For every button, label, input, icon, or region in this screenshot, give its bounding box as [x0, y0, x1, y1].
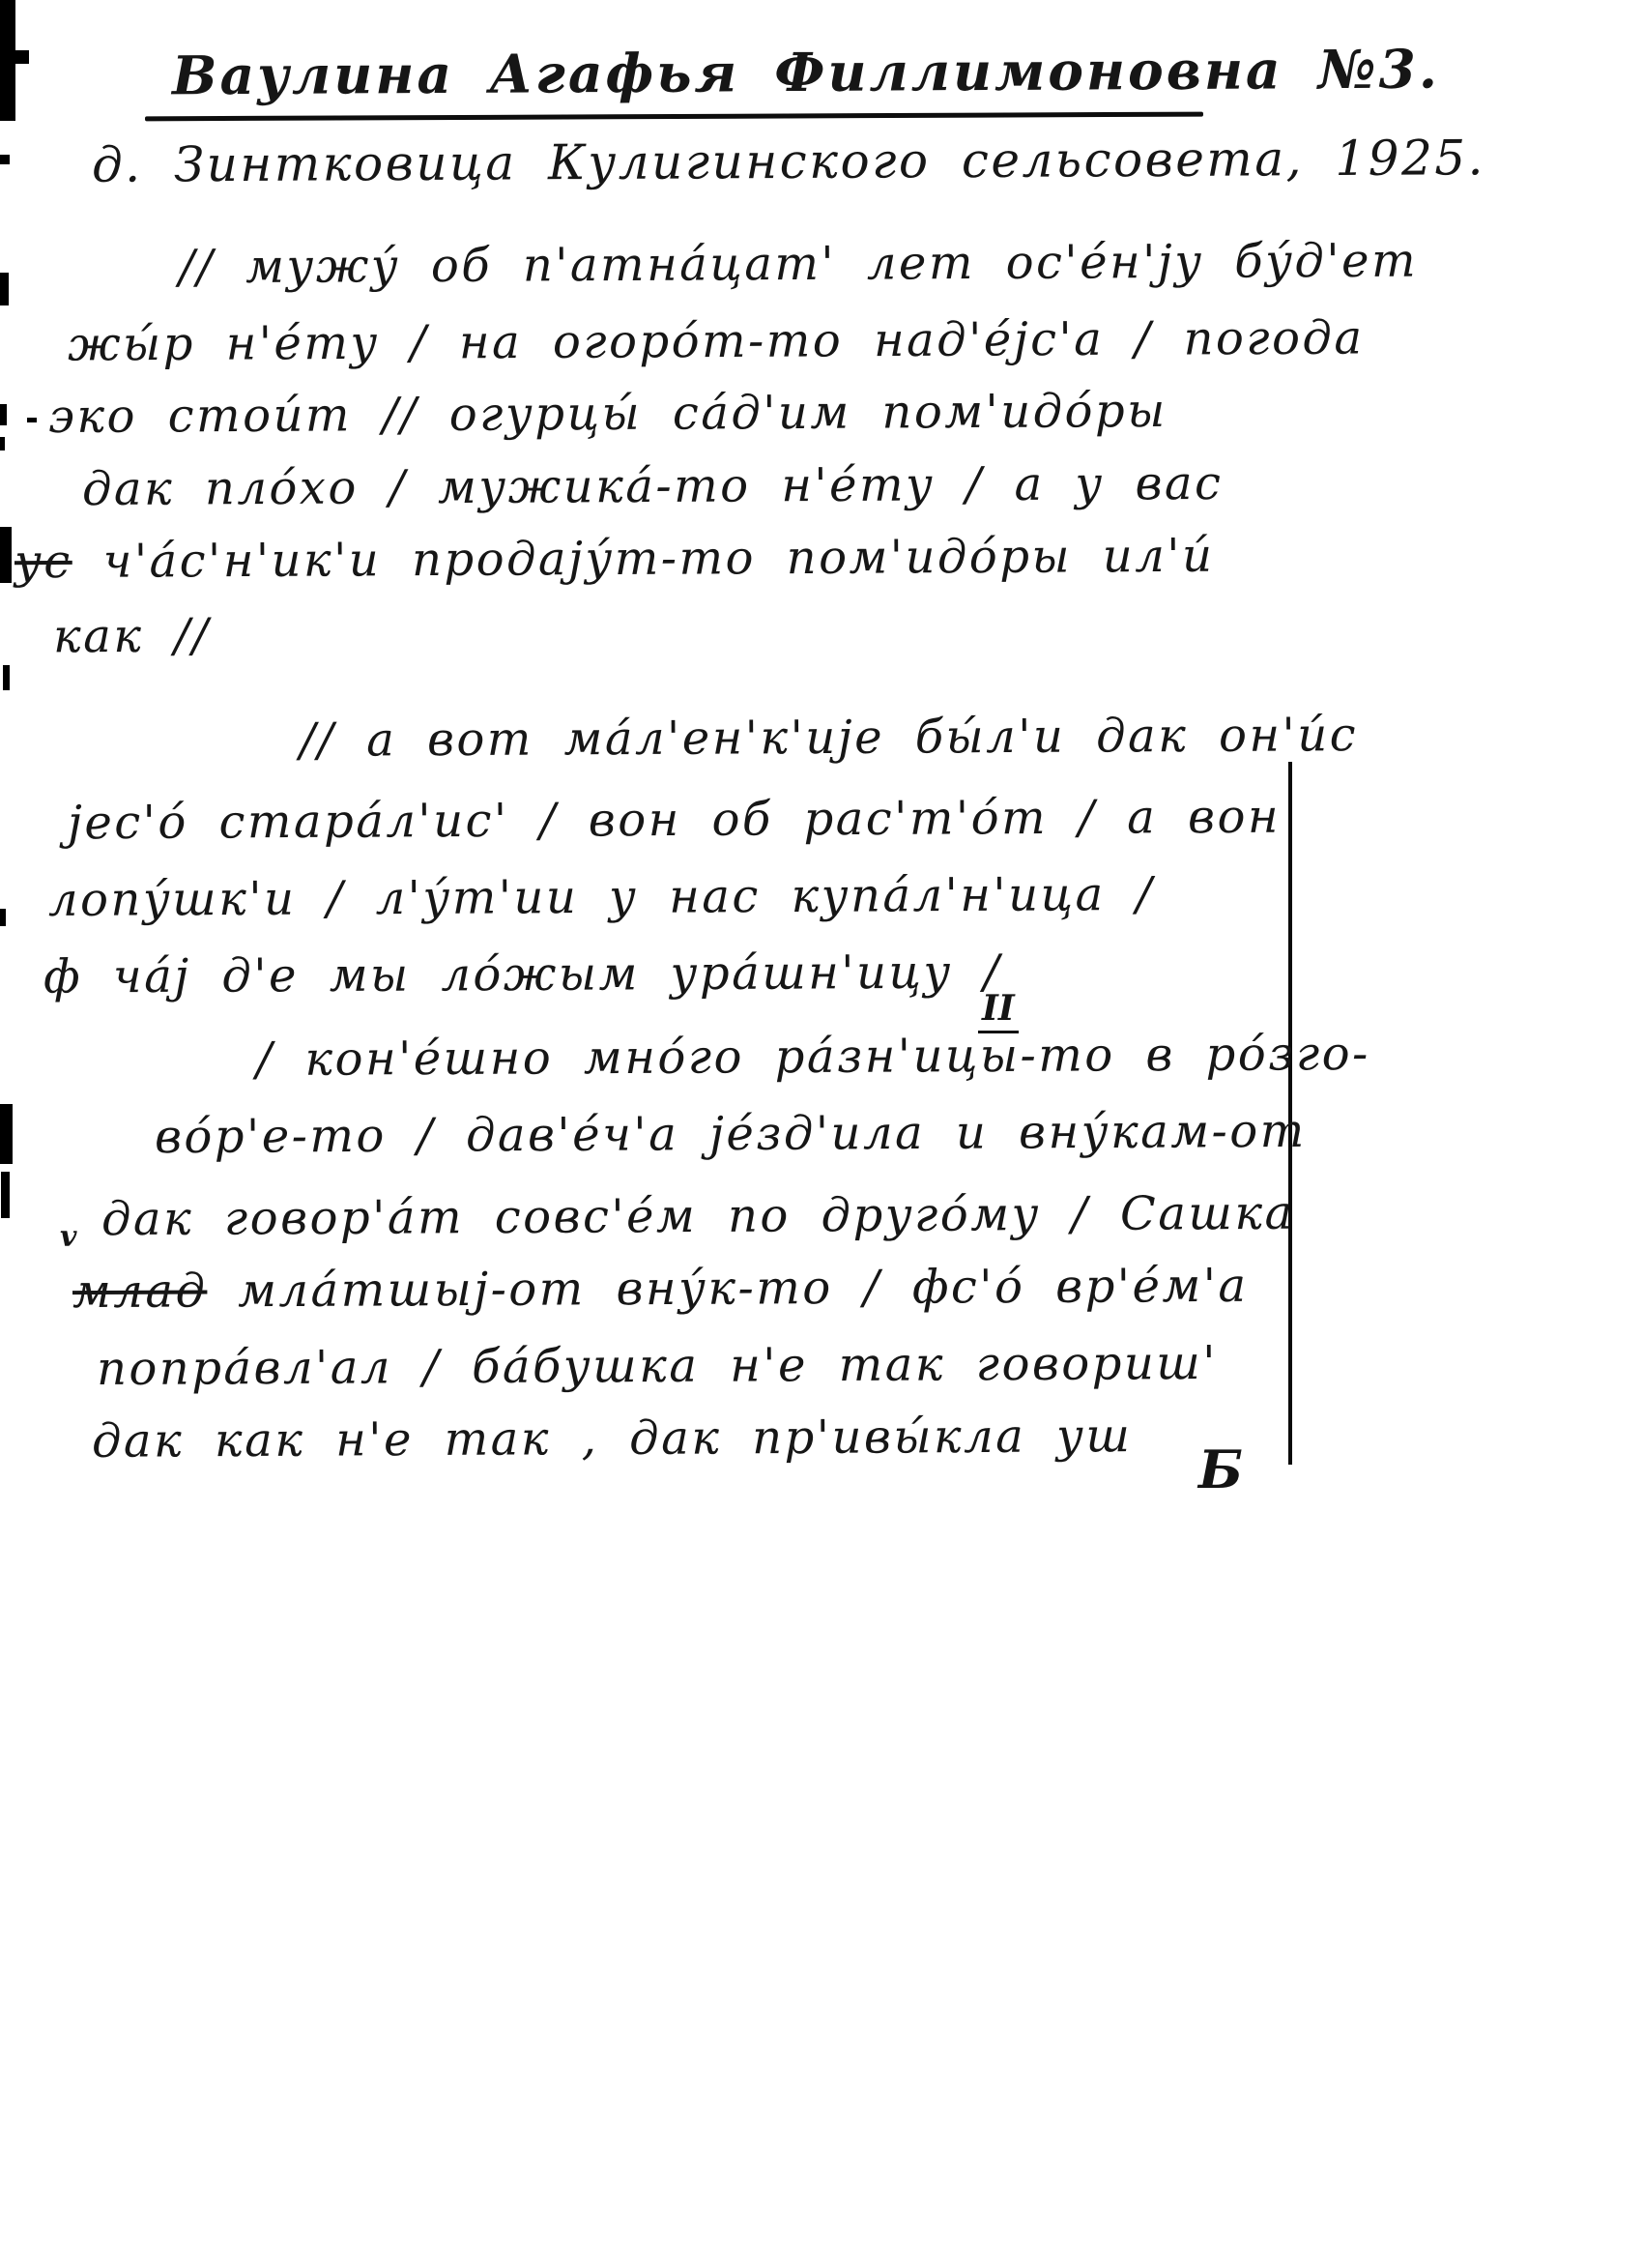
manuscript-line: // мужу́ об п'атна́цат' лет ос'е́н'jу бу…: [179, 234, 1418, 295]
manuscript-line: дак как н'е так , дак пр'ивы́кла уш: [92, 1409, 1133, 1468]
manuscript-line: ф ча́j д'е мы ло́жым ура́шн'ицу /: [43, 945, 1001, 1003]
line-text: попра́вл'ал / ба́бушка н'е так говориш': [97, 1336, 1218, 1396]
line-text: дак говор'а́т совс'е́м по друго́му / Саш…: [101, 1186, 1295, 1246]
manuscript-line: дак говор'а́т совс'е́м по друго́му / Саш…: [101, 1186, 1295, 1246]
manuscript-title: Ваулина Агафья Филлимоновна №3.: [172, 38, 1440, 107]
scan-artifact: [0, 909, 6, 926]
scanned-manuscript-page: Ваулина Агафья Филлимоновна №3. д. Зинтк…: [0, 0, 1643, 2268]
scan-artifact: [0, 1104, 13, 1164]
roman-numeral-note: II: [978, 988, 1019, 1033]
scan-artifact: [1, 1172, 10, 1218]
line-text: мла́тшыj-от вну́к-то / фс'о́ вр'е́м'а: [207, 1259, 1248, 1319]
struck-word: млад: [72, 1264, 208, 1319]
line-text: эко стои́т // огурцы́ са́д'им пом'идо́ры: [48, 384, 1167, 444]
line-text: лопу́шк'и / л'у́т'ии у нас купа́л'н'ица …: [48, 867, 1154, 927]
line-text: // мужу́ об п'атна́цат' лет ос'е́н'jу бу…: [179, 234, 1418, 295]
line-text: дак пло́хо / мужика́-то н'е́ту / а у вас: [82, 456, 1224, 516]
line-text: во́р'е-то / дав'е́ч'а jе́зд'ила и вну́ка…: [155, 1104, 1307, 1164]
scan-artifact: [0, 155, 10, 164]
line-text: дак как н'е так , дак пр'ивы́кла уш: [92, 1409, 1133, 1468]
line-text: / кон'е́шно мно́го ра́зн'ицы-то в ро́зго…: [256, 1027, 1370, 1087]
line-text: jес'о́ стара́л'ис' / вон об рас'т'о́т / …: [68, 790, 1281, 851]
manuscript-line: / кон'е́шно мно́го ра́зн'ицы-то в ро́зго…: [256, 1027, 1370, 1087]
manuscript-line: жы́р н'е́ту / на огоро́т-то над'е́jс'а /…: [68, 310, 1365, 371]
title-underline: [145, 112, 1203, 122]
scan-artifact: [27, 418, 37, 422]
scan-artifact: [0, 404, 7, 425]
insertion-caret-mark: v: [60, 1220, 76, 1254]
manuscript-line: во́р'е-то / дав'е́ч'а jе́зд'ила и вну́ка…: [155, 1104, 1307, 1164]
manuscript-line: лопу́шк'и / л'у́т'ии у нас купа́л'н'ица …: [48, 867, 1154, 927]
manuscript-line: попра́вл'ал / ба́бушка н'е так говориш': [97, 1336, 1218, 1396]
manuscript-subtitle: д. Зинтковица Кулигинского сельсовета, 1…: [92, 130, 1485, 193]
manuscript-line: как //: [53, 609, 211, 664]
scan-artifact: [0, 527, 12, 583]
line-text: ф ча́j д'е мы ло́жым ура́шн'ицу /: [43, 945, 1001, 1003]
manuscript-line: // а вот ма́л'ен'к'иjе бы́л'и дак он'и́с: [300, 708, 1358, 768]
line-text: жы́р н'е́ту / на огоро́т-то над'е́jс'а /…: [68, 310, 1365, 371]
page-letter-mark: Б: [1198, 1439, 1243, 1500]
line-text: // а вот ма́л'ен'к'иjе бы́л'и дак он'и́с: [300, 708, 1358, 768]
manuscript-line: эко стои́т // огурцы́ са́д'им пом'идо́ры: [48, 384, 1167, 444]
manuscript-line: jес'о́ стара́л'ис' / вон об рас'т'о́т / …: [68, 790, 1281, 851]
manuscript-line: млад мла́тшыj-от вну́к-то / фс'о́ вр'е́м…: [72, 1259, 1249, 1319]
scan-artifact: [0, 437, 5, 451]
scan-artifact: [0, 273, 9, 305]
manuscript-line: дак пло́хо / мужика́-то н'е́ту / а у вас: [82, 456, 1224, 516]
scan-artifact: [0, 50, 29, 64]
line-text: как //: [53, 609, 211, 664]
line-text: ч'а́с'н'ик'и продаjу́т-то пом'идо́ры ил'…: [72, 529, 1215, 589]
manuscript-line: ус ч'а́с'н'ик'и продаjу́т-то пом'идо́ры …: [14, 529, 1215, 589]
scan-artifact: [3, 665, 10, 690]
struck-word: ус: [14, 535, 72, 589]
